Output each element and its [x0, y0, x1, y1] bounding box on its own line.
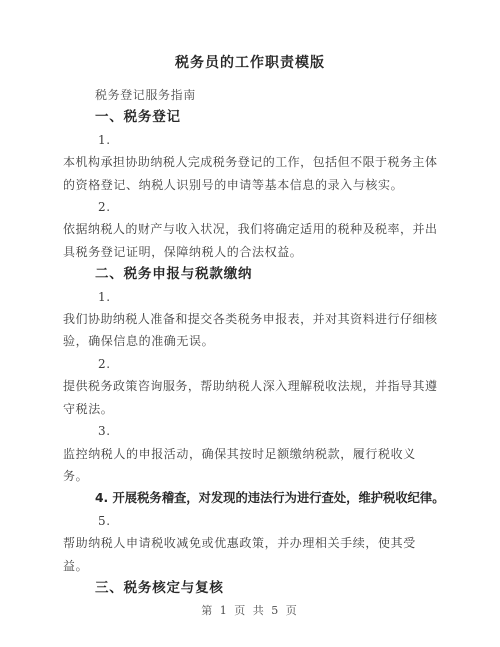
list-number: 2.: [98, 353, 437, 375]
paragraph-line: 我们协助纳税人准备和提交各类税务申报表，并对其资料进行仔细核: [63, 308, 437, 330]
list-number: 1.: [98, 286, 437, 308]
paragraph-line: 帮助纳税人申请税收减免或优惠政策，并办理相关手续，使其受益。: [63, 532, 437, 577]
list-number: 1.: [98, 129, 437, 151]
document-page: 税务员的工作职责模版 税务登记服务指南一、税务登记1.本机构承担协助纳税人完成税…: [0, 0, 500, 647]
section-heading: 一、税务登记: [95, 106, 437, 128]
section-heading: 二、税务申报与税款缴纳: [95, 263, 437, 285]
page-footer: 第 1 页 共 5 页: [0, 602, 500, 618]
document-title: 税务员的工作职责模版: [63, 52, 437, 74]
document-body: 税务登记服务指南一、税务登记1.本机构承担协助纳税人完成税务登记的工作，包括但不…: [63, 84, 437, 599]
list-number: 2.: [98, 196, 437, 218]
section-heading: 三、税务核定与复核: [95, 577, 437, 599]
paragraph-line: 验，确保信息的准确无误。: [63, 330, 437, 352]
paragraph-line: 本机构承担协助纳税人完成税务登记的工作，包括但不限于税务主体: [63, 151, 437, 173]
paragraph-line: 守税法。: [63, 398, 437, 420]
paragraph-line: 具税务登记证明，保障纳税人的合法权益。: [63, 241, 437, 263]
list-number: 5.: [98, 510, 437, 532]
paragraph-line: 的资格登记、纳税人识别号的申请等基本信息的录入与核实。: [63, 174, 437, 196]
paragraph-line: 依据纳税人的财产与收入状况，我们将确定适用的税种及税率，并出: [63, 218, 437, 240]
doc-subtitle: 税务登记服务指南: [95, 84, 437, 106]
paragraph-line: 提供税务政策咨询服务，帮助纳税人深入理解税收法规，并指导其遵: [63, 375, 437, 397]
list-number: 3.: [98, 420, 437, 442]
paragraph-line: 监控纳税人的申报活动，确保其按时足额缴纳税款，履行税收义务。: [63, 443, 437, 488]
bold-list-item: 4. 开展税务稽查，对发现的违法行为进行查处，维护税收纪律。: [95, 487, 437, 509]
